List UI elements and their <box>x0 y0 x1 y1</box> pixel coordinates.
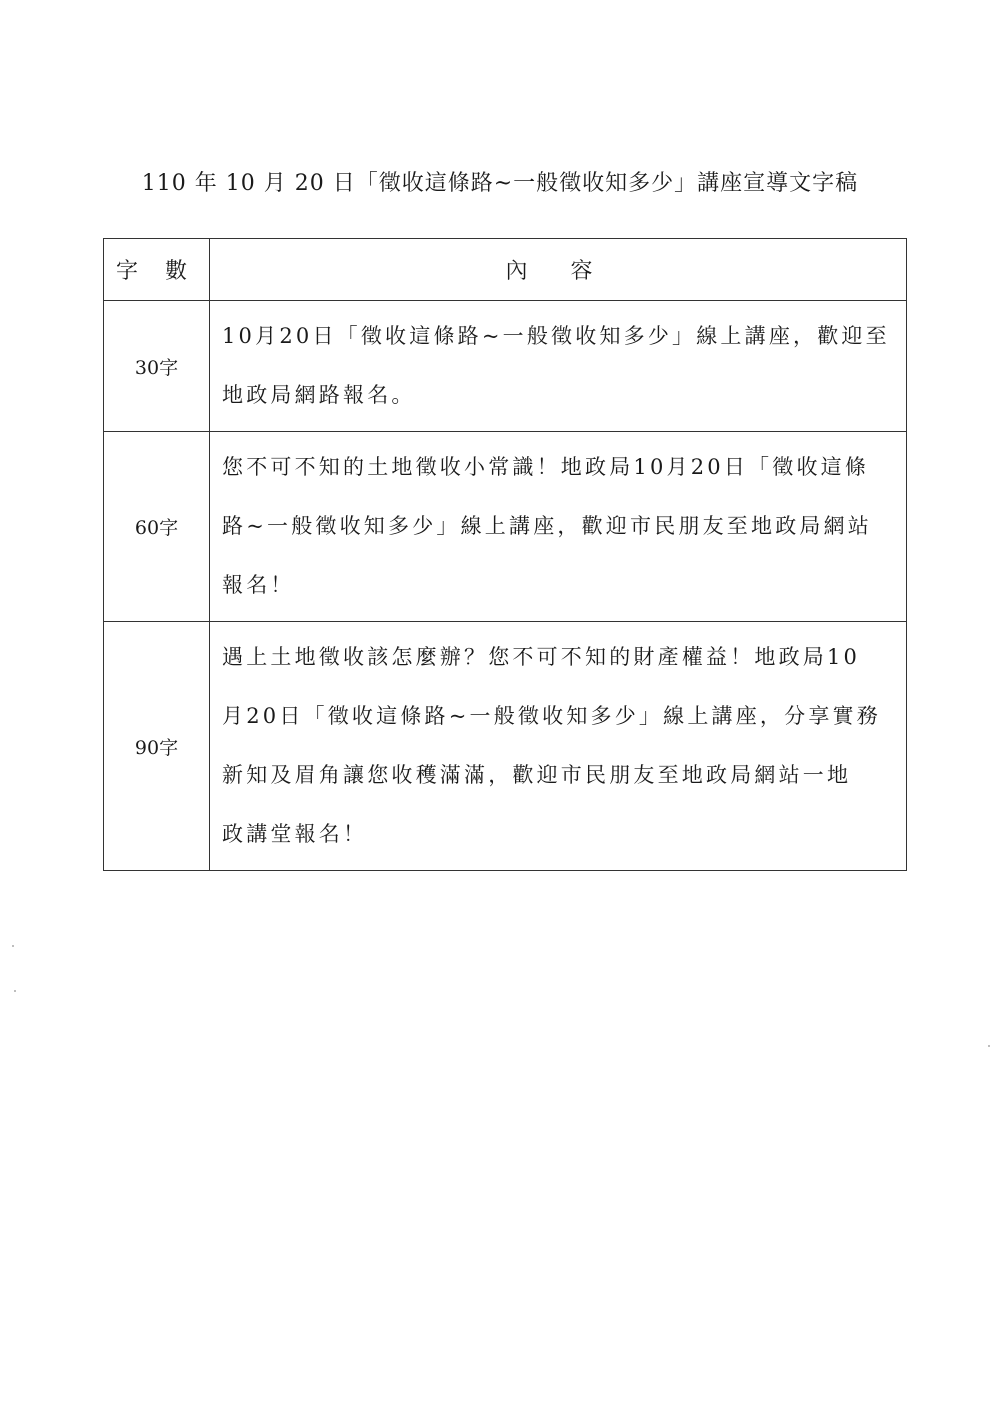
content-line: 10月20日「徵收這條路~一般徵收知多少」線上講座，歡迎至 <box>222 307 898 366</box>
header-content: 內 容 <box>210 239 907 301</box>
table-row: 90字 遇上土地徵收該怎麼辦？您不可不知的財產權益！地政局10 月20日「徵收這… <box>104 622 907 871</box>
scan-speck <box>988 1045 990 1047</box>
word-count-cell: 60字 <box>104 432 210 622</box>
content-line: 您不可不知的土地徵收小常識！地政局10月20日「徵收這條 <box>222 438 898 497</box>
content-cell: 10月20日「徵收這條路~一般徵收知多少」線上講座，歡迎至 地政局網路報名。 <box>210 301 907 432</box>
content-cell: 您不可不知的土地徵收小常識！地政局10月20日「徵收這條 路~一般徵收知多少」線… <box>210 432 907 622</box>
word-count-cell: 30字 <box>104 301 210 432</box>
scan-speck <box>12 945 14 947</box>
header-word-count: 字 數 <box>104 239 210 301</box>
content-table: 字 數 內 容 30字 10月20日「徵收這條路~一般徵收知多少」線上講座，歡迎… <box>103 238 907 871</box>
content-line: 遇上土地徵收該怎麼辦？您不可不知的財產權益！地政局10 <box>222 628 898 687</box>
content-line: 月20日「徵收這條路~一般徵收知多少」線上講座，分享實務 <box>222 687 898 746</box>
word-count-cell: 90字 <box>104 622 210 871</box>
table-header-row: 字 數 內 容 <box>104 239 907 301</box>
content-line: 地政局網路報名。 <box>222 366 898 425</box>
table-row: 60字 您不可不知的土地徵收小常識！地政局10月20日「徵收這條 路~一般徵收知… <box>104 432 907 622</box>
table-row: 30字 10月20日「徵收這條路~一般徵收知多少」線上講座，歡迎至 地政局網路報… <box>104 301 907 432</box>
scan-speck <box>14 990 16 992</box>
content-cell: 遇上土地徵收該怎麼辦？您不可不知的財產權益！地政局10 月20日「徵收這條路~一… <box>210 622 907 871</box>
content-line: 路~一般徵收知多少」線上講座，歡迎市民朋友至地政局網站 <box>222 497 898 556</box>
content-line: 新知及眉角讓您收穫滿滿，歡迎市民朋友至地政局網站一地 <box>222 746 898 805</box>
document-title: 110 年 10 月 20 日「徵收這條路~一般徵收知多少」講座宣導文字稿 <box>0 166 1000 197</box>
content-line: 政講堂報名！ <box>222 805 898 864</box>
content-line: 報名！ <box>222 556 898 615</box>
